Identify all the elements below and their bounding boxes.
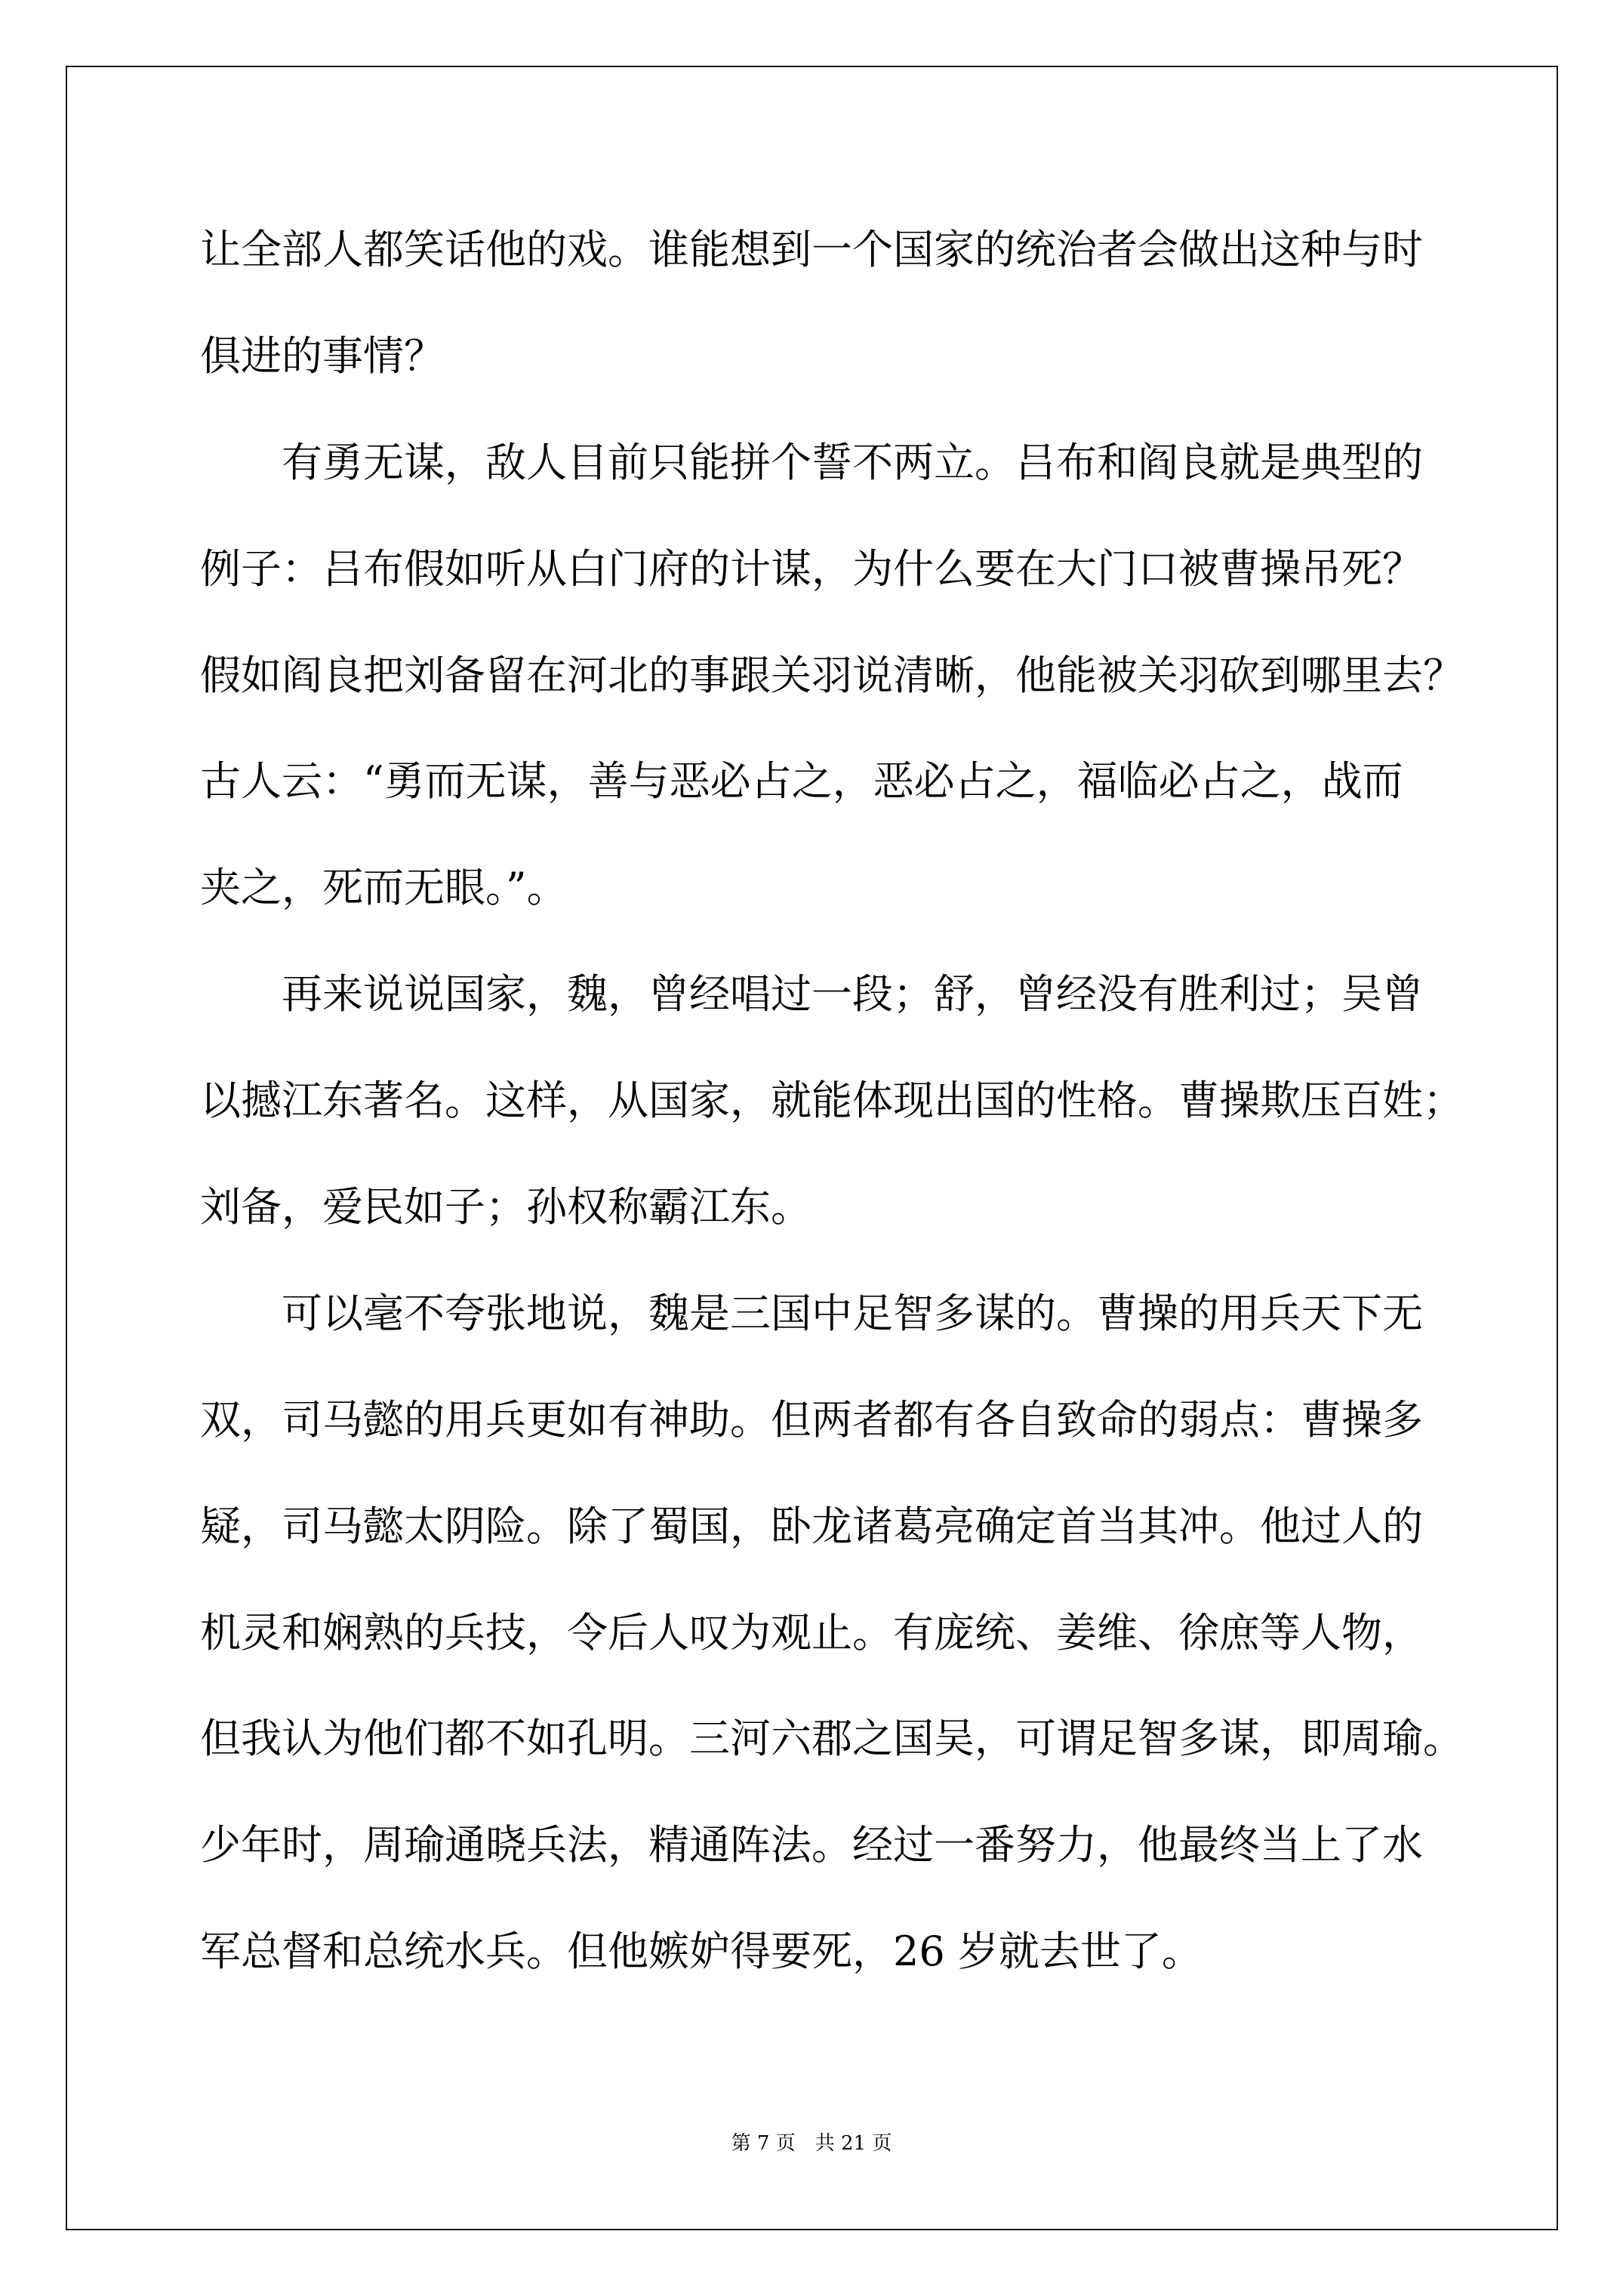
text-line: 疑，司马懿太阴险。除了蜀国，卧龙诸葛亮确定首当其冲。他过人的 bbox=[200, 1474, 1438, 1580]
text-line: 双，司马懿的用兵更如有神助。但两者都有各自致命的弱点：曹操多 bbox=[200, 1367, 1438, 1474]
text-line: 军总督和总统水兵。但他嫉妒得要死，26 岁就去世了。 bbox=[200, 1899, 1438, 2005]
text-line: 古人云：“勇而无谋，善与恶必占之，恶必占之，福临必占之，战而 bbox=[200, 729, 1438, 835]
text-line: 以撼江东著名。这样，从国家，就能体现出国的性格。曹操欺压百姓； bbox=[200, 1048, 1438, 1154]
text-line: 例子：吕布假如听从白门府的计谋，为什么要在大门口被曹操吊死？ bbox=[200, 516, 1438, 623]
text-line: 但我认为他们都不如孔明。三河六郡之国吴，可谓足智多谋，即周瑜。 bbox=[200, 1686, 1438, 1792]
page-number-footer: 第 7 页 共 21 页 bbox=[0, 2131, 1623, 2156]
paragraph-start-line: 再来说说国家，魏，曾经唱过一段；舒，曾经没有胜利过；吴曾 bbox=[200, 942, 1438, 1048]
text-line: 刘备，爱民如子；孙权称霸江东。 bbox=[200, 1154, 1438, 1261]
text-line: 夹之，死而无眼。”。 bbox=[200, 835, 1438, 942]
text-line: 让全部人都笑话他的戏。谁能想到一个国家的统治者会做出这种与时 bbox=[200, 197, 1438, 304]
document-body: 让全部人都笑话他的戏。谁能想到一个国家的统治者会做出这种与时 俱进的事情？ 有勇… bbox=[200, 197, 1438, 2005]
text-line: 俱进的事情？ bbox=[200, 304, 1438, 410]
text-line: 机灵和娴熟的兵技，令后人叹为观止。有庞统、姜维、徐庶等人物， bbox=[200, 1580, 1438, 1687]
paragraph-start-line: 可以毫不夸张地说，魏是三国中足智多谋的。曹操的用兵天下无 bbox=[200, 1261, 1438, 1367]
text-line: 少年时，周瑜通晓兵法，精通阵法。经过一番努力，他最终当上了水 bbox=[200, 1792, 1438, 1899]
paragraph-start-line: 有勇无谋，敌人目前只能拼个誓不两立。吕布和阎良就是典型的 bbox=[200, 410, 1438, 516]
text-line: 假如阎良把刘备留在河北的事跟关羽说清晰，他能被关羽砍到哪里去？ bbox=[200, 623, 1438, 729]
